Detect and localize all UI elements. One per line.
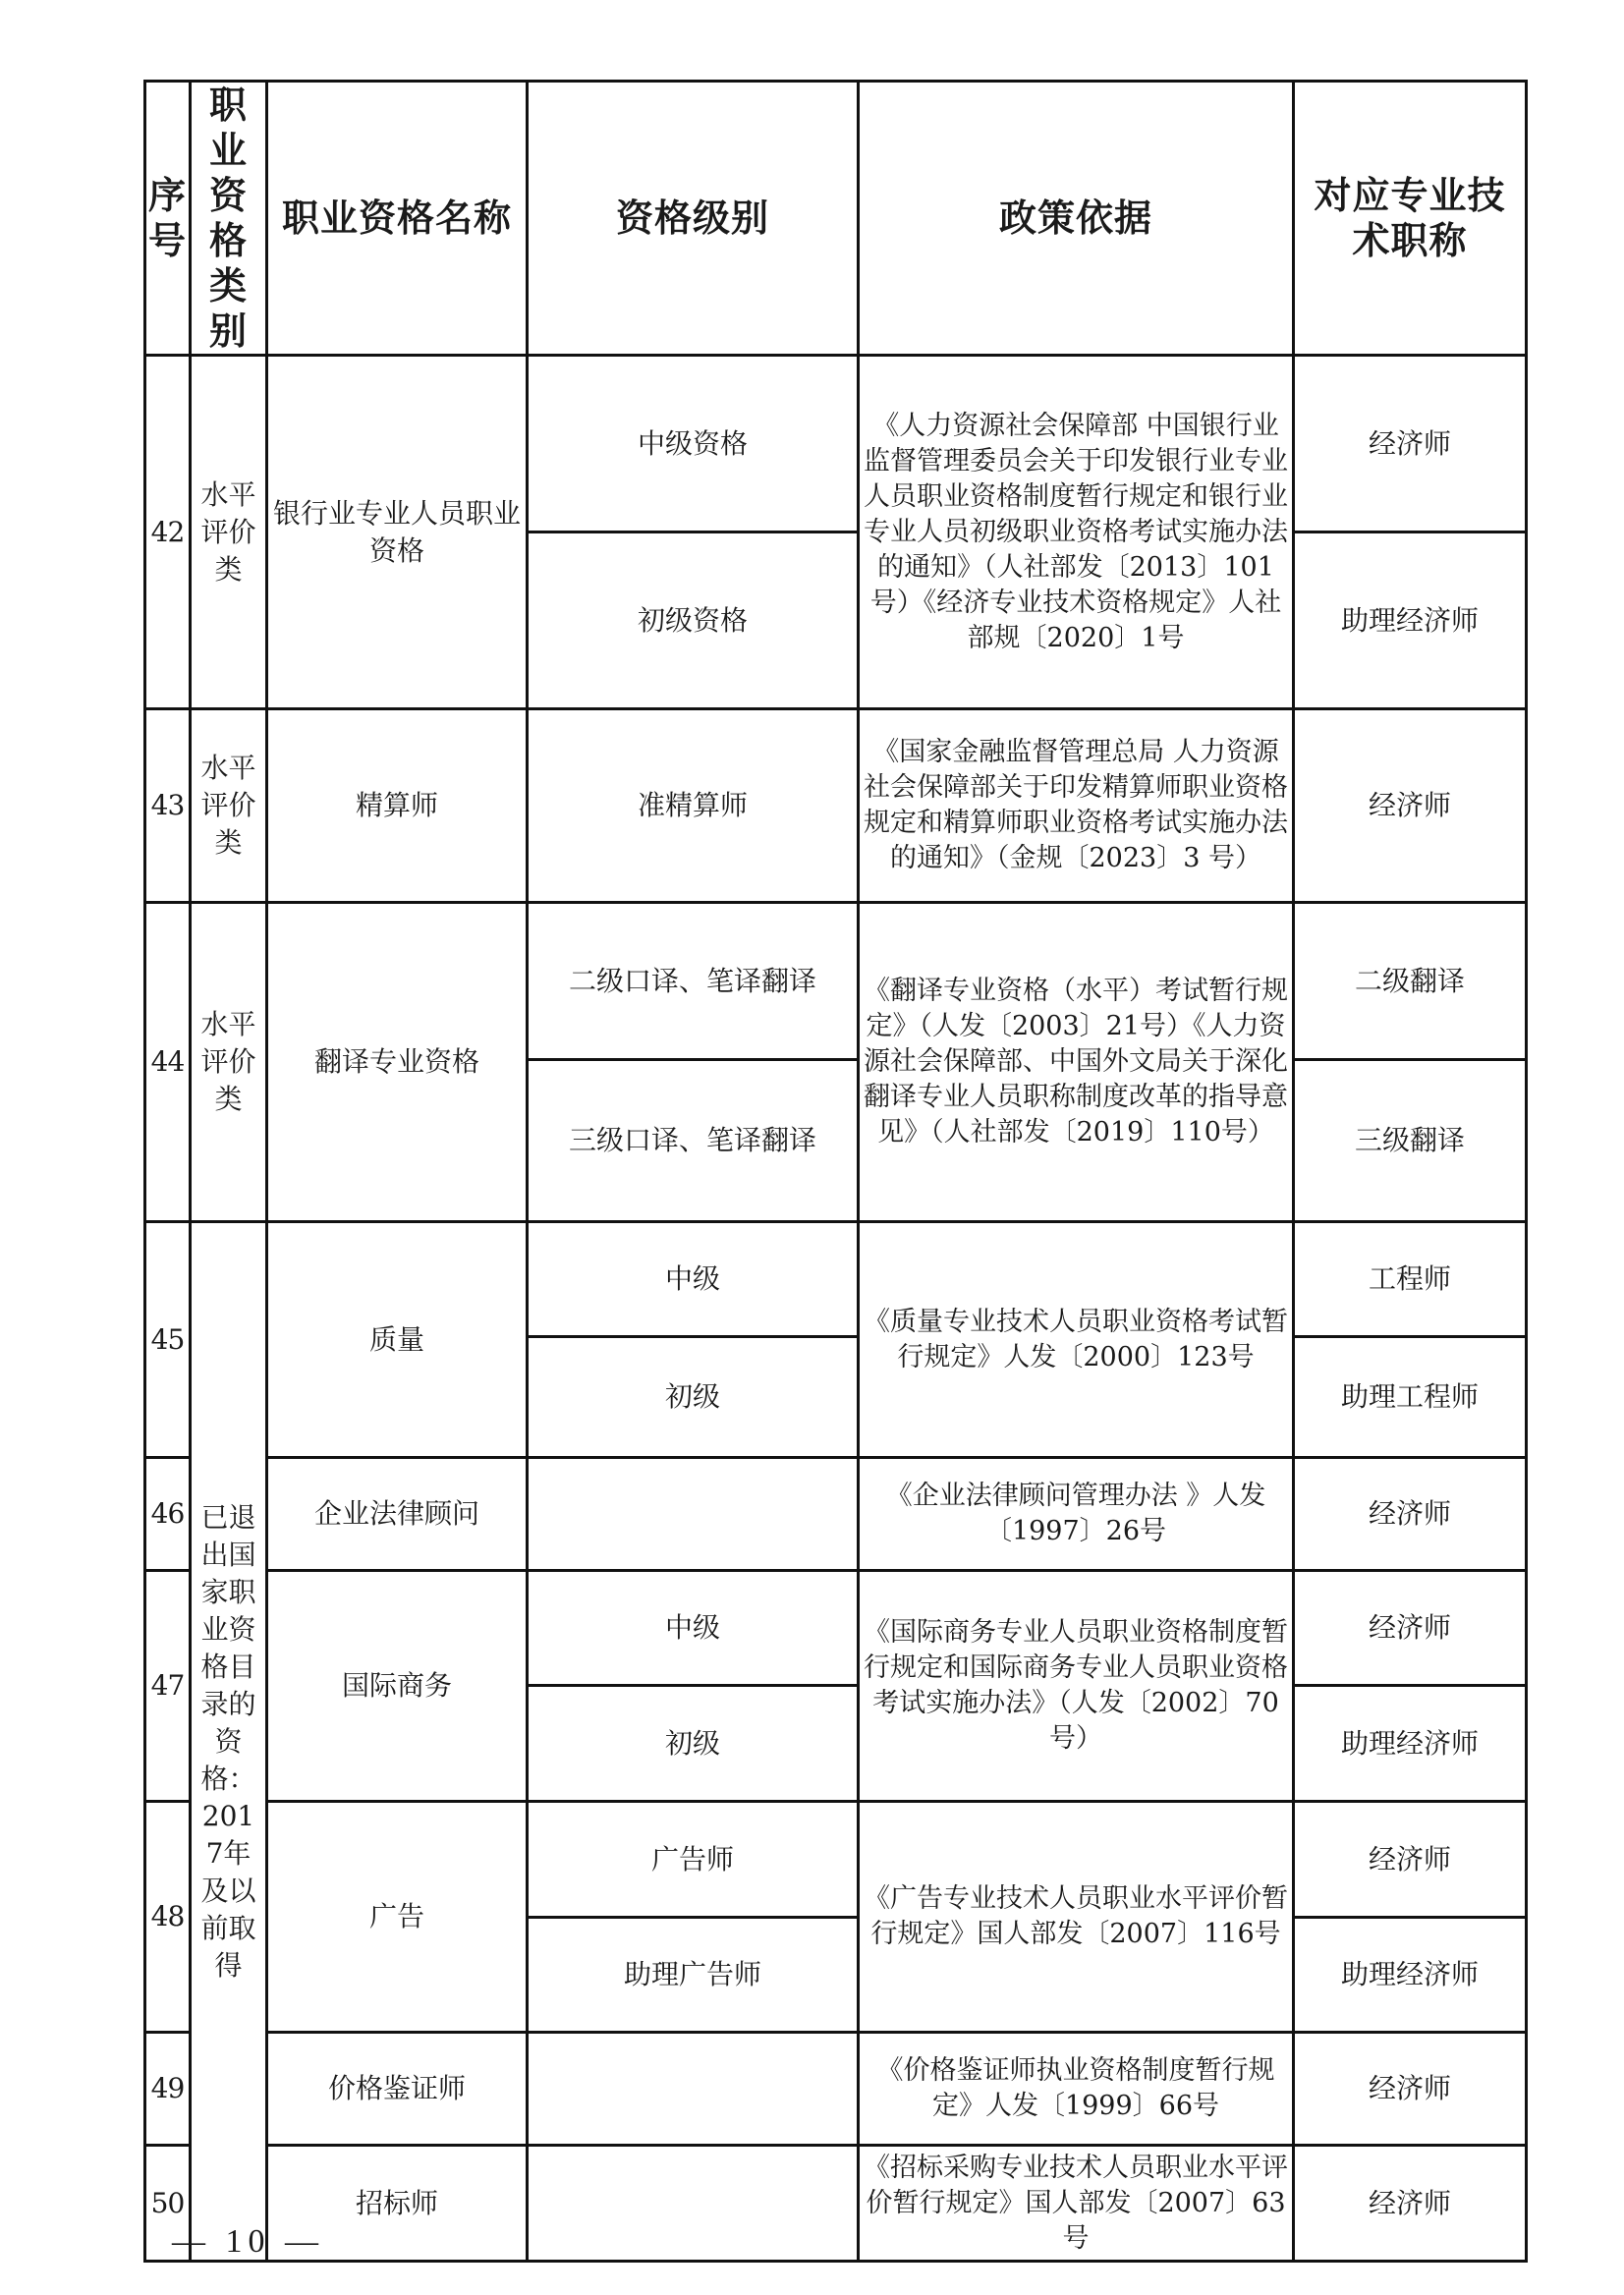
name-cell: 翻译专业资格 xyxy=(267,903,528,1222)
category-text: 水平评价类 xyxy=(199,1006,258,1118)
seq-cell: 45 xyxy=(145,1222,191,1458)
header-seq: 序号 xyxy=(145,82,191,356)
header-title: 对应专业技术职称 xyxy=(1294,82,1527,356)
header-name: 职业资格名称 xyxy=(267,82,528,356)
seq-cell: 46 xyxy=(145,1458,191,1571)
name-cell: 企业法律顾问 xyxy=(267,1458,528,1571)
name-cell: 精算师 xyxy=(267,709,528,903)
level-cell: 初级 xyxy=(528,1686,859,1802)
qualification-table: 序号 职业资格类别 职业资格名称 资格级别 政策依据 对应专业技术职称 42 水… xyxy=(143,80,1528,2263)
title-cell: 三级翻译 xyxy=(1294,1060,1527,1222)
policy-cell: 《质量专业技术人员职业资格考试暂行规定》人发〔2000〕123号 xyxy=(859,1222,1294,1458)
seq-cell: 49 xyxy=(145,2033,191,2146)
table-row: 49 价格鉴证师 《价格鉴证师执业资格制度暂行规定》人发〔1999〕66号 经济… xyxy=(145,2033,1527,2146)
policy-cell: 《国际商务专业人员职业资格制度暂行规定和国际商务专业人员职业资格考试实施办法》（… xyxy=(859,1571,1294,1802)
level-cell: 二级口译、笔译翻译 xyxy=(528,903,859,1060)
level-cell xyxy=(528,1458,859,1571)
title-cell: 助理经济师 xyxy=(1294,1686,1527,1802)
level-cell xyxy=(528,2146,859,2262)
table-row: 47 国际商务 中级 《国际商务专业人员职业资格制度暂行规定和国际商务专业人员职… xyxy=(145,1571,1527,1686)
title-cell: 经济师 xyxy=(1294,709,1527,903)
header-category: 职业资格类别 xyxy=(191,82,267,356)
category-text: 水平评价类 xyxy=(199,476,258,588)
table-row: 44 水平评价类 翻译专业资格 二级口译、笔译翻译 《翻译专业资格（水平）考试暂… xyxy=(145,903,1527,1060)
header-row: 序号 职业资格类别 职业资格名称 资格级别 政策依据 对应专业技术职称 xyxy=(145,82,1527,356)
seq-cell: 44 xyxy=(145,903,191,1222)
title-cell: 经济师 xyxy=(1294,1458,1527,1571)
level-cell: 准精算师 xyxy=(528,709,859,903)
table-row: 43 水平评价类 精算师 准精算师 《国家金融监督管理总局 人力资源社会保障部关… xyxy=(145,709,1527,903)
header-level: 资格级别 xyxy=(528,82,859,356)
category-text: 水平评价类 xyxy=(199,750,258,862)
level-cell: 初级资格 xyxy=(528,532,859,709)
seq-cell: 43 xyxy=(145,709,191,903)
title-cell: 助理经济师 xyxy=(1294,1918,1527,2033)
title-cell: 二级翻译 xyxy=(1294,903,1527,1060)
title-cell: 助理经济师 xyxy=(1294,532,1527,709)
category-cell: 水平评价类 xyxy=(191,356,267,709)
policy-cell: 《人力资源社会保障部 中国银行业监督管理委员会关于印发银行业专业人员职业资格制度… xyxy=(859,356,1294,709)
title-cell: 经济师 xyxy=(1294,1571,1527,1686)
title-cell: 工程师 xyxy=(1294,1222,1527,1337)
seq-cell: 48 xyxy=(145,1802,191,2033)
title-cell: 经济师 xyxy=(1294,1802,1527,1918)
seq-cell: 47 xyxy=(145,1571,191,1802)
title-cell: 经济师 xyxy=(1294,2146,1527,2262)
title-cell: 助理工程师 xyxy=(1294,1337,1527,1458)
name-cell: 国际商务 xyxy=(267,1571,528,1802)
level-cell: 初级 xyxy=(528,1337,859,1458)
level-cell: 中级资格 xyxy=(528,356,859,532)
category-cell: 水平评价类 xyxy=(191,709,267,903)
header-policy: 政策依据 xyxy=(859,82,1294,356)
table-row: 46 企业法律顾问 《企业法律顾问管理办法 》人发〔1997〕26号 经济师 xyxy=(145,1458,1527,1571)
table-row: 48 广告 广告师 《广告专业技术人员职业水平评价暂行规定》国人部发〔2007〕… xyxy=(145,1802,1527,1918)
category-cell: 水平评价类 xyxy=(191,903,267,1222)
level-cell: 中级 xyxy=(528,1571,859,1686)
name-cell: 广告 xyxy=(267,1802,528,2033)
level-cell: 助理广告师 xyxy=(528,1918,859,2033)
level-cell: 广告师 xyxy=(528,1802,859,1918)
page-number: — 10 — xyxy=(172,2223,324,2261)
name-cell: 银行业专业人员职业资格 xyxy=(267,356,528,709)
title-cell: 经济师 xyxy=(1294,2033,1527,2146)
name-cell: 质量 xyxy=(267,1222,528,1458)
table-row: 45 已退出国家职业资格目录的资格：2017年及以前取得 质量 中级 《质量专业… xyxy=(145,1222,1527,1337)
policy-cell: 《翻译专业资格（水平）考试暂行规定》（人发〔2003〕21号）《人力资源社会保障… xyxy=(859,903,1294,1222)
policy-cell: 《价格鉴证师执业资格制度暂行规定》人发〔1999〕66号 xyxy=(859,2033,1294,2146)
category-text: 已退出国家职业资格目录的资格：2017年及以前取得 xyxy=(199,1499,258,1985)
title-cell: 经济师 xyxy=(1294,356,1527,532)
seq-cell: 42 xyxy=(145,356,191,709)
policy-cell: 《广告专业技术人员职业水平评价暂行规定》国人部发〔2007〕116号 xyxy=(859,1802,1294,2033)
level-cell xyxy=(528,2033,859,2146)
name-cell: 价格鉴证师 xyxy=(267,2033,528,2146)
policy-cell: 《企业法律顾问管理办法 》人发〔1997〕26号 xyxy=(859,1458,1294,1571)
level-cell: 三级口译、笔译翻译 xyxy=(528,1060,859,1222)
policy-cell: 《招标采购专业技术人员职业水平评价暂行规定》国人部发〔2007〕63号 xyxy=(859,2146,1294,2262)
category-cell: 已退出国家职业资格目录的资格：2017年及以前取得 xyxy=(191,1222,267,2262)
policy-cell: 《国家金融监督管理总局 人力资源社会保障部关于印发精算师职业资格规定和精算师职业… xyxy=(859,709,1294,903)
level-cell: 中级 xyxy=(528,1222,859,1337)
table-row: 42 水平评价类 银行业专业人员职业资格 中级资格 《人力资源社会保障部 中国银… xyxy=(145,356,1527,532)
table-row: 50 招标师 《招标采购专业技术人员职业水平评价暂行规定》国人部发〔2007〕6… xyxy=(145,2146,1527,2262)
